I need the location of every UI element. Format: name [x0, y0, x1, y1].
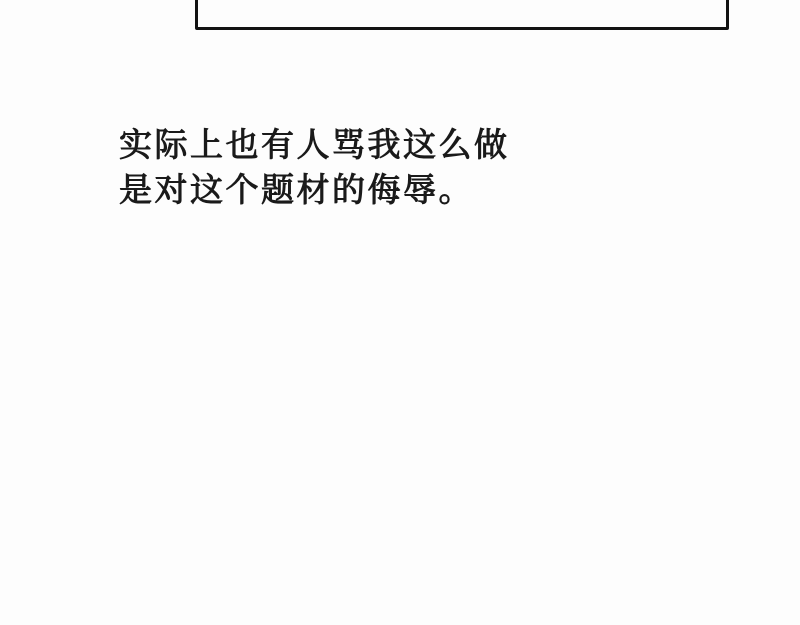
narration-line-1: 实际上也有人骂我这么做 [119, 122, 510, 167]
narration-text-block: 实际上也有人骂我这么做 是对这个题材的侮辱。 [119, 122, 510, 212]
narration-line-2: 是对这个题材的侮辱。 [119, 167, 510, 212]
comic-page: 实际上也有人骂我这么做 是对这个题材的侮辱。 [0, 0, 800, 625]
speech-panel-box [195, 0, 729, 30]
